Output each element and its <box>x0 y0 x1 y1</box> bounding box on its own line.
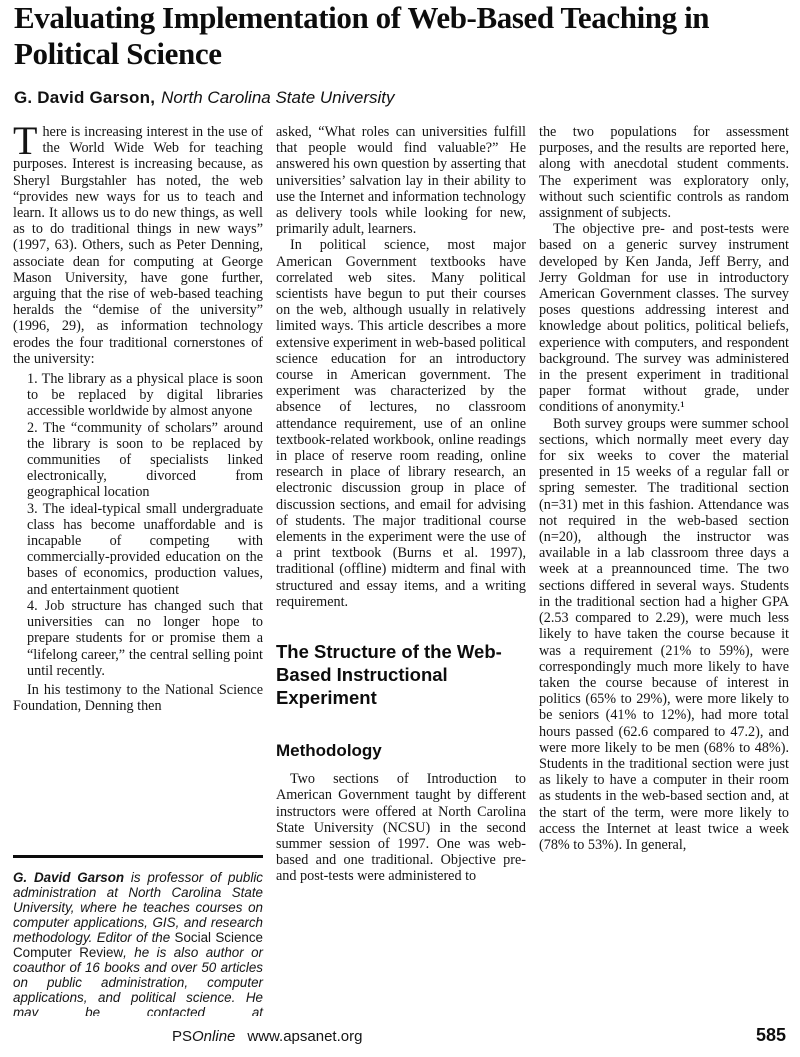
author-name: G. David Garson, <box>14 88 155 107</box>
column-3: the two populations for assessment purpo… <box>539 124 789 1016</box>
author-affiliation: North Carolina State University <box>161 88 394 107</box>
list-item-1: 1. The library as a physical place is so… <box>27 371 263 420</box>
list-item-3: 3. The ideal-typical small undergraduate… <box>27 501 263 598</box>
page-number: 585 <box>756 1025 786 1046</box>
footer-journal: PSOnlinewww.apsanet.org <box>172 1028 362 1046</box>
column-2: asked, “What roles can universities fulf… <box>276 124 526 1016</box>
cornerstones-list: 1. The library as a physical place is so… <box>13 371 263 679</box>
body-paragraph-survey-instrument: The objective pre- and post-tests were b… <box>539 221 789 415</box>
body-paragraph-populations: the two populations for assessment purpo… <box>539 124 789 221</box>
body-paragraph-two-sections: Two sections of Introduction to American… <box>276 771 526 884</box>
list-item-2: 2. The “community of scholars” around th… <box>27 420 263 501</box>
journal-url: www.apsanet.org <box>247 1028 362 1045</box>
byline: G. David Garson,North Carolina State Uni… <box>14 88 395 108</box>
body-paragraph-testimony: In his testimony to the National Science… <box>13 682 263 714</box>
column-1-text: There is increasing interest in the use … <box>13 124 263 850</box>
list-item-4: 4. Job structure has changed such that u… <box>27 598 263 679</box>
subsection-heading-methodology: Methodology <box>276 741 526 761</box>
journal-name-online: Online <box>192 1028 235 1045</box>
journal-name-ps: PS <box>172 1028 192 1045</box>
column-1: There is increasing interest in the use … <box>13 124 263 1016</box>
author-bio: G. David Garson is professor of public a… <box>13 855 263 1016</box>
body-paragraph-asked: asked, “What roles can universities fulf… <box>276 124 526 237</box>
article-body: There is increasing interest in the use … <box>13 124 789 1016</box>
body-paragraph-intro: There is increasing interest in the use … <box>13 124 263 367</box>
body-paragraph-survey-groups: Both survey groups were summer school se… <box>539 416 789 853</box>
bio-author-name: G. David Garson <box>13 870 124 885</box>
body-paragraph-political-science: In political science, most major America… <box>276 237 526 610</box>
article-page: Evaluating Implementation of Web-Based T… <box>0 0 800 1057</box>
section-heading-structure: The Structure of the Web-Based Instructi… <box>276 640 526 709</box>
article-title: Evaluating Implementation of Web-Based T… <box>14 0 744 72</box>
